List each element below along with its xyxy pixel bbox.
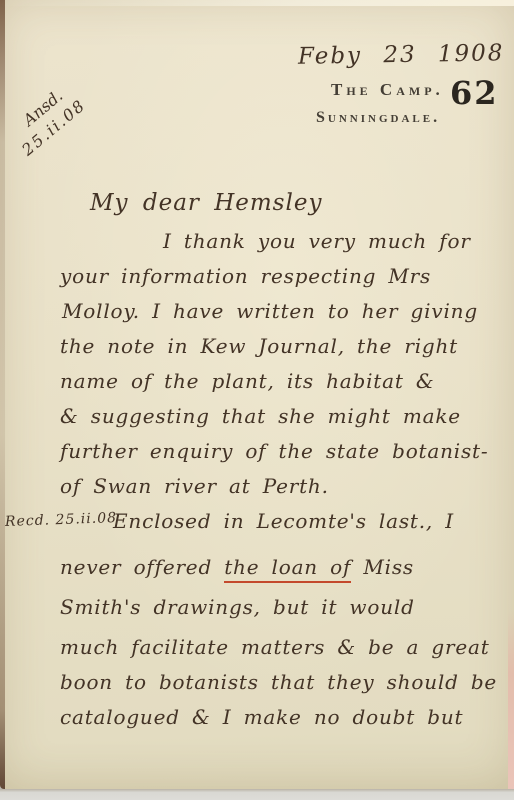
body-text: Molloy. I have written to her giving <box>62 299 478 323</box>
body-text: further enquiry of the state botanist- <box>60 439 488 463</box>
body-line: further enquiry of the state botanist- <box>60 434 504 469</box>
body-line: I thank you very much for <box>60 224 504 259</box>
body-text: your information respecting Mrs <box>60 264 431 288</box>
body-text: Miss <box>351 555 414 579</box>
body-text: much facilitate matters & be a great <box>60 635 490 659</box>
body-line: the note in Kew Journal, the right <box>60 329 504 364</box>
body-text: the note in Kew Journal, the right <box>60 334 458 358</box>
body-text: Smith's drawings, but it would <box>60 595 415 619</box>
scanned-letter-image: Feby 23 1908 The Camp. Sunningdale. 62 A… <box>0 0 514 800</box>
body-text: name of the plant, its habitat & <box>60 369 434 393</box>
body-line: Smith's drawings, but it would <box>60 590 504 625</box>
paper-right-edge <box>508 610 514 789</box>
body-line: name of the plant, its habitat & <box>60 364 504 399</box>
paper-top-edge <box>0 0 514 6</box>
salutation: My dear Hemsley <box>90 190 322 216</box>
body-line: of Swan river at Perth. <box>60 469 504 504</box>
page-number: 62 <box>450 74 499 112</box>
paper-left-edge <box>0 0 5 789</box>
body-text: of Swan river at Perth. <box>60 474 329 498</box>
body-line: Molloy. I have written to her giving <box>60 294 504 329</box>
body-line: catalogued & I make no doubt but <box>60 700 504 735</box>
body-line: boon to botanists that they should be <box>60 665 504 700</box>
underlined-phrase: the loan of <box>224 555 351 583</box>
letterhead-line2: Sunningdale. <box>316 109 440 127</box>
body-line: much facilitate matters & be a great <box>60 630 504 665</box>
body-text: I thank you very much for <box>163 229 471 253</box>
body-text: boon to botanists that they should be <box>60 670 497 694</box>
body-text: Enclosed in Lecomte's last., I <box>113 509 454 533</box>
body-line: never offered the loan of Miss <box>60 550 504 585</box>
body-text: & suggesting that she might make <box>60 404 461 428</box>
body-text: never offered <box>60 555 224 579</box>
body-line: your information respecting Mrs <box>60 259 504 294</box>
letterhead-line1: The Camp. <box>331 80 444 100</box>
body-text: catalogued & I make no doubt but <box>60 705 463 729</box>
scan-background-strip <box>0 789 514 800</box>
body-line: Enclosed in Lecomte's last., I <box>60 504 504 539</box>
body-line: & suggesting that she might make <box>60 399 504 434</box>
letter-body: I thank you very much foryour informatio… <box>60 224 504 735</box>
letter-date: Feby 23 1908 <box>298 40 505 70</box>
